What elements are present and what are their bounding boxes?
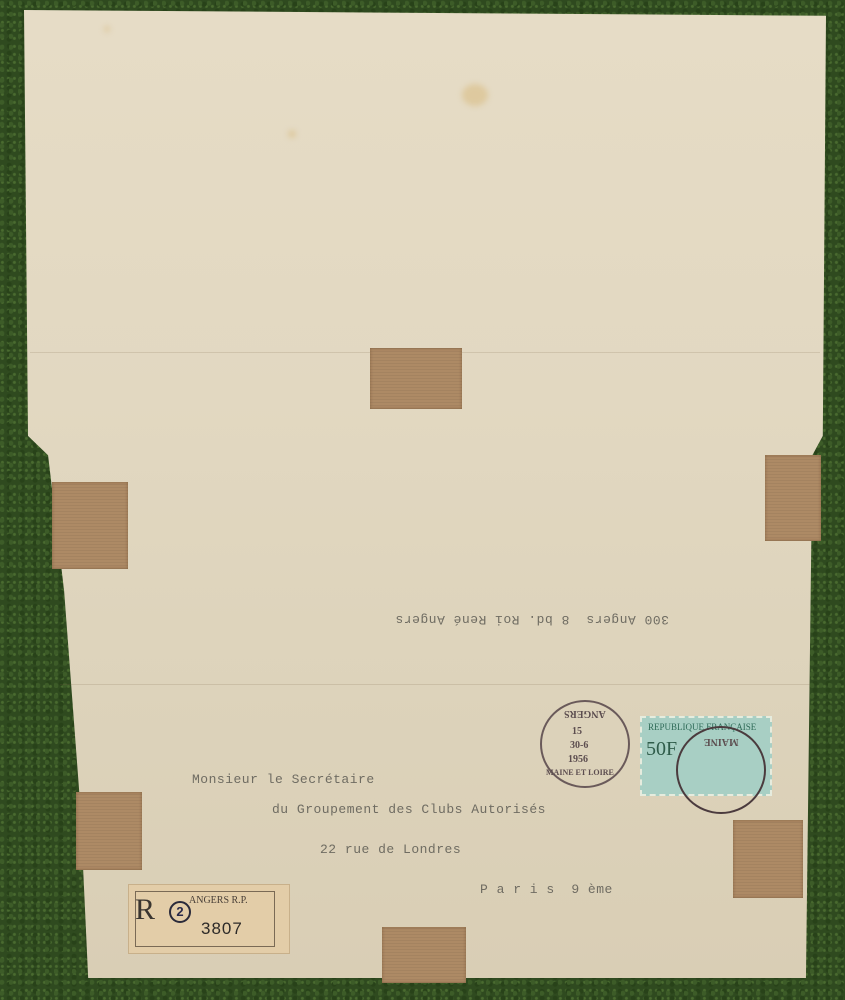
tape-piece bbox=[76, 792, 142, 870]
addressee-line-4: P a r i s 9 ème bbox=[480, 882, 613, 897]
postmark-date: 30-6 bbox=[570, 740, 588, 751]
postmark-time: 15 bbox=[572, 726, 582, 737]
addressee-line-1: Monsieur le Secrétaire bbox=[192, 772, 375, 787]
postmark: ANGERS 15 30-6 1956 MAINE ET LOIRE bbox=[540, 700, 630, 788]
label-office: ANGERS R.P. bbox=[189, 895, 248, 906]
letter-sheet bbox=[24, 10, 826, 978]
tape-piece bbox=[733, 820, 803, 898]
addressee-line-2: du Groupement des Clubs Autorisés bbox=[272, 802, 546, 817]
sender-address: 300 Angers 8 bd. Roi René Angers bbox=[395, 612, 669, 627]
circle-number: 2 bbox=[169, 901, 191, 923]
stain bbox=[462, 84, 488, 106]
postmark-year: 1956 bbox=[568, 754, 588, 765]
tape-piece bbox=[765, 455, 821, 541]
stain bbox=[104, 26, 110, 32]
addressee-line-3: 22 rue de Londres bbox=[320, 842, 461, 857]
registered-letter-R: R bbox=[135, 893, 155, 927]
stamp-value: 50F bbox=[646, 738, 677, 761]
postmark-town: ANGERS bbox=[564, 708, 606, 719]
tape-piece bbox=[382, 927, 466, 983]
fold-line bbox=[60, 684, 810, 685]
tape-piece bbox=[52, 482, 128, 569]
postmark-dept: MAINE ET LOIRE bbox=[546, 768, 614, 777]
tape-piece bbox=[370, 348, 462, 409]
cancel-text: MAINE bbox=[704, 736, 738, 747]
registration-label: R 2 ANGERS R.P. 3807 bbox=[128, 884, 290, 954]
stain bbox=[288, 130, 296, 138]
registration-number: 3807 bbox=[201, 919, 243, 939]
stamp-cancel: MAINE bbox=[676, 726, 766, 814]
